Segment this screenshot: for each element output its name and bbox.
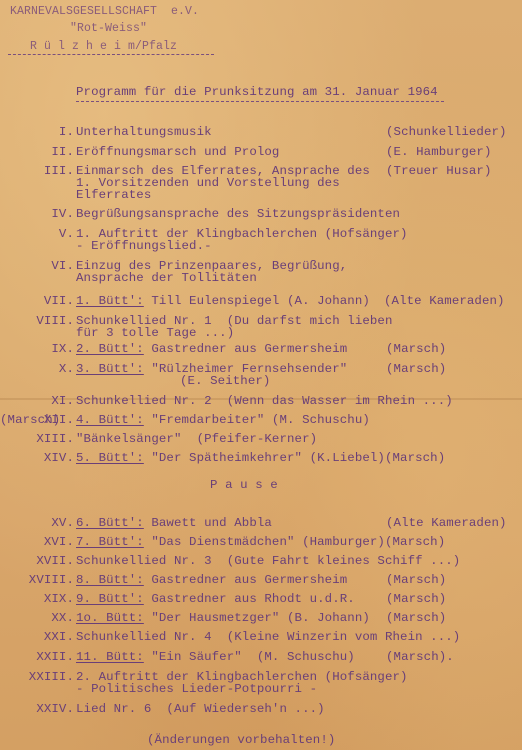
item-music: (Marsch) (386, 573, 446, 587)
item-number: V. (26, 227, 74, 241)
item-number: VI. (26, 259, 74, 273)
butt-label: 6. Bütt': (76, 516, 144, 530)
item-text: 1. Bütt': Till Eulenspiegel (A. Johann) (76, 294, 370, 308)
item-number: XVIII. (26, 573, 74, 587)
item-text: Unterhaltungsmusik (76, 125, 212, 139)
item-music: (Schunkellieder) (386, 125, 507, 139)
item-number: XVII. (26, 554, 74, 568)
item-music: (E. Hamburger) (386, 145, 492, 159)
item-text: 6. Bütt': Bawett und Abbla (76, 516, 272, 530)
butt-label: 7. Bütt': (76, 535, 144, 549)
item-number: II. (26, 145, 74, 159)
item-title: Till Eulenspiegel (A. Johann) (144, 294, 370, 308)
item-text: Begrüßungsansprache des Sitzungspräsiden… (76, 207, 400, 221)
item-number: XIII. (26, 432, 74, 446)
org-name: KARNEVALSGESELLSCHAFT e.V. (10, 5, 199, 19)
pause-label: P a u s e (210, 478, 278, 492)
item-title: "Ein Säufer" (M. Schuschu) (144, 650, 355, 664)
item-number: XVI. (26, 535, 74, 549)
item-title: Gastredner aus Germersheim (144, 342, 347, 356)
butt-label: 9. Bütt': (76, 592, 144, 606)
item-title: "Fremdarbeiter" (M. Schuschu) (144, 413, 370, 427)
butt-label: 8. Bütt': (76, 573, 144, 587)
item-number: XXI. (26, 630, 74, 644)
item-text: 11. Bütt: "Ein Säufer" (M. Schuschu) (76, 650, 355, 664)
item-number: VIII. (26, 314, 74, 328)
item-number: XX. (26, 611, 74, 625)
butt-label: 4. Bütt': (76, 413, 144, 427)
item-music: (Treuer Husar) (386, 164, 492, 178)
item-number: IV. (26, 207, 74, 221)
item-title: Bawett und Abbla (144, 516, 272, 530)
item-number: XXIV. (26, 702, 74, 716)
item-text: Schunkellied Nr. 4 (Kleine Winzerin vom … (76, 630, 460, 644)
butt-label: 2. Bütt': (76, 342, 144, 356)
item-text: "Bänkelsänger" (Pfeifer-Kerner) (76, 432, 317, 446)
title-underline (76, 101, 444, 102)
item-number: III. (26, 164, 74, 178)
item-text: 9. Bütt': Gastredner aus Rhodt u.d.R. (76, 592, 355, 606)
item-number: VII. (26, 294, 74, 308)
item-music: (Marsch) (0, 413, 60, 427)
item-music: (Marsch) (386, 342, 446, 356)
item-text: Eröffnungsmarsch und Prolog (76, 145, 279, 159)
club-name: "Rot-Weiss" (70, 22, 147, 36)
item-number: XXIII. (26, 670, 74, 684)
item-number: X. (26, 362, 74, 376)
item-number: XIV. (26, 451, 74, 465)
item-music: (Alte Kameraden) (384, 294, 505, 308)
item-text-continued: Ansprache der Tollitäten (76, 271, 257, 285)
butt-label: 1. Bütt': (76, 294, 144, 308)
item-number: IX. (26, 342, 74, 356)
item-text: 2. Bütt': Gastredner aus Germersheim (76, 342, 347, 356)
butt-label: 11. Bütt: (76, 650, 144, 664)
butt-label: 3. Bütt': (76, 362, 144, 376)
item-title: Gastredner aus Rhodt u.d.R. (144, 592, 355, 606)
item-text-continued: Elferrates (76, 188, 151, 202)
item-text: 1o. Bütt: "Der Hausmetzger" (B. Johann) (76, 611, 370, 625)
item-text: 4. Bütt': "Fremdarbeiter" (M. Schuschu) (76, 413, 370, 427)
item-number: XXII. (26, 650, 74, 664)
item-number: XIX. (26, 592, 74, 606)
item-text: Schunkellied Nr. 3 (Gute Fahrt kleines S… (76, 554, 460, 568)
item-text: Lied Nr. 6 (Auf Wiederseh'n ...) (76, 702, 325, 716)
butt-label: 1o. Bütt: (76, 611, 144, 625)
item-music: (Marsch). (386, 650, 454, 664)
item-text: Schunkellied Nr. 2 (Wenn das Wasser im R… (76, 394, 453, 408)
item-title: "Das Dienstmädchen" (Hamburger)(Marsch) (144, 535, 445, 549)
item-text: 8. Bütt': Gastredner aus Germersheim (76, 573, 347, 587)
item-text: 5. Bütt': "Der Spätheimkehrer" (K.Liebel… (76, 451, 445, 465)
item-title: "Der Hausmetzger" (B. Johann) (144, 611, 370, 625)
item-text: 7. Bütt': "Das Dienstmädchen" (Hamburger… (76, 535, 445, 549)
item-music: (Marsch) (386, 362, 446, 376)
program-sheet: KARNEVALSGESELLSCHAFT e.V. "Rot-Weiss" R… (0, 0, 522, 750)
header-underline (8, 54, 214, 55)
item-music: (Marsch) (386, 592, 446, 606)
item-title: "Der Spätheimkehrer" (K.Liebel)(Marsch) (144, 451, 445, 465)
item-number: XI. (26, 394, 74, 408)
item-text-continued: - Eröffnungslied.- (76, 239, 212, 253)
item-music: (Alte Kameraden) (386, 516, 507, 530)
item-title: Gastredner aus Germersheim (144, 573, 347, 587)
item-text-continued: (E. Seither) (180, 374, 270, 388)
item-text-continued: - Politisches Lieder-Potpourri - (76, 682, 317, 696)
item-number: XV. (26, 516, 74, 530)
item-number: I. (26, 125, 74, 139)
butt-label: 5. Bütt': (76, 451, 144, 465)
page-title: Programm für die Prunksitzung am 31. Jan… (76, 85, 438, 99)
item-text-continued: für 3 tolle Tage ...) (76, 326, 234, 340)
town-name: R ü l z h e i m/Pfalz (30, 40, 177, 54)
footer-note: (Änderungen vorbehalten!) (147, 733, 335, 747)
item-music: (Marsch) (386, 611, 446, 625)
